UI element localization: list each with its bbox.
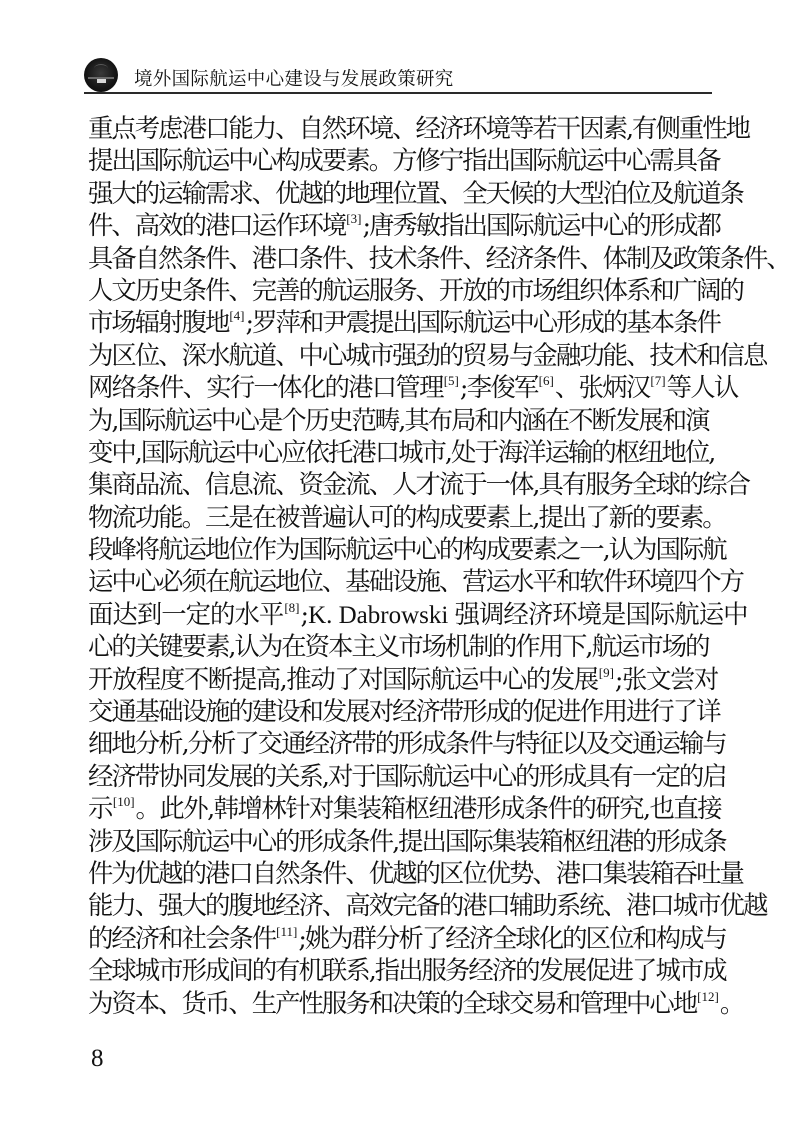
text-segment: ;张文尝对 — [615, 664, 718, 694]
ship-globe-emblem-icon — [84, 58, 118, 92]
text-line: 市场辐射腹地[4];罗萍和尹震提出国际航运中心形成的基本条件 — [88, 306, 712, 338]
text-line: 人文历史条件、完善的航运服务、开放的市场组织体系和广阔的 — [88, 274, 712, 306]
text-line: 心的关键要素,认为在资本主义市场机制的作用下,航运市场的 — [88, 630, 712, 662]
text-segment: 交通基础设施的建设和发展对经济带形成的促进作用进行了详 — [88, 696, 720, 726]
citation-reference: [12] — [697, 989, 719, 1004]
citation-reference: [6] — [539, 373, 554, 388]
text-segment: 强大的运输需求、优越的地理位置、全天候的大型泊位及航道条 — [88, 178, 743, 208]
text-segment: 段峰将航运地位作为国际航运中心的构成要素之一,认为国际航 — [88, 534, 726, 564]
text-segment: 。 — [720, 988, 743, 1018]
text-line: 开放程度不断提高,推动了对国际航运中心的发展[9];张文尝对 — [88, 663, 712, 695]
text-segment: 提出国际航运中心构成要素。方修宁指出国际航运中心需具备 — [88, 145, 720, 175]
text-line: 涉及国际航运中心的形成条件,提出国际集装箱枢纽港的形成条 — [88, 825, 712, 857]
text-segment: 等人认 — [667, 372, 738, 402]
text-line: 能力、强大的腹地经济、高效完备的港口辅助系统、港口城市优越 — [88, 889, 712, 921]
text-line: 面达到一定的水平[8];K. Dabrowski 强调经济环境是国际航运中 — [88, 598, 712, 630]
text-segment: 件为优越的港口自然条件、优越的区位优势、港口集装箱吞吐量 — [88, 858, 743, 888]
citation-reference: [5] — [444, 373, 459, 388]
text-segment: 示 — [88, 793, 112, 823]
text-segment: 全球城市形成间的有机联系,指出服务经济的发展促进了城市成 — [88, 955, 726, 985]
text-segment: ;姚为群分析了经济全球化的区位和构成与 — [298, 923, 726, 953]
citation-reference: [10] — [113, 794, 135, 809]
text-line: 重点考虑港口能力、自然环境、经济环境等若干因素,有侧重性地 — [88, 112, 712, 144]
text-segment: 的经济和社会条件 — [88, 923, 275, 953]
citation-reference: [9] — [599, 665, 614, 680]
text-line: 件、高效的港口运作环境[3];唐秀敏指出国际航运中心的形成都 — [88, 209, 712, 241]
text-segment: 重点考虑港口能力、自然环境、经济环境等若干因素,有侧重性地 — [88, 113, 749, 143]
text-segment: 为资本、货币、生产性服务和决策的全球交易和管理中心地 — [88, 988, 696, 1018]
citation-reference: [8] — [284, 600, 299, 615]
citation-reference: [7] — [650, 373, 665, 388]
text-segment: 为,国际航运中心是个历史范畴,其布局和内涵在不断发展和演 — [88, 405, 709, 435]
text-segment: ; — [300, 599, 308, 629]
text-line: 集商品流、信息流、资金流、人才流于一体,具有服务全球的综合 — [88, 468, 712, 500]
book-page: 境外国际航运中心建设与发展政策研究 重点考虑港口能力、自然环境、经济环境等若干因… — [0, 0, 790, 1127]
body-paragraph: 重点考虑港口能力、自然环境、经济环境等若干因素,有侧重性地提出国际航运中心构成要… — [88, 112, 712, 1019]
text-segment: 开放程度不断提高,推动了对国际航运中心的发展 — [88, 664, 598, 694]
text-segment: 变中,国际航运中心应依托港口城市,处于海洋运输的枢纽地位, — [88, 437, 714, 467]
text-line: 变中,国际航运中心应依托港口城市,处于海洋运输的枢纽地位, — [88, 436, 712, 468]
citation-reference: [3] — [346, 211, 361, 226]
text-segment: 为区位、深水航道、中心城市强劲的贸易与金融功能、技术和信息 — [88, 340, 766, 370]
text-segment: 强调经济环境是国际航运中 — [455, 599, 748, 629]
text-line: 强大的运输需求、优越的地理位置、全天候的大型泊位及航道条 — [88, 177, 712, 209]
page-number: 8 — [91, 1045, 104, 1073]
citation-reference: [4] — [229, 308, 244, 323]
text-segment: 经济带协同发展的关系,对于国际航运中心的形成具有一定的启 — [88, 761, 726, 791]
text-segment: 面达到一定的水平 — [88, 599, 283, 629]
header-rule-divider — [84, 92, 712, 94]
text-segment: 细地分析,分析了交通经济带的形成条件与特征以及交通运输与 — [88, 728, 726, 758]
running-header: 境外国际航运中心建设与发展政策研究 — [84, 56, 712, 94]
text-line: 的经济和社会条件[11];姚为群分析了经济全球化的区位和构成与 — [88, 922, 712, 954]
text-segment: 能力、强大的腹地经济、高效完备的港口辅助系统、港口城市优越 — [88, 890, 766, 920]
text-segment: 运中心必须在航运地位、基础设施、营运水平和软件环境四个方 — [88, 566, 743, 596]
text-segment: 件、高效的港口运作环境 — [88, 210, 345, 240]
text-segment: ;罗萍和尹震提出国际航运中心形成的基本条件 — [246, 307, 720, 337]
text-line: 交通基础设施的建设和发展对经济带形成的促进作用进行了详 — [88, 695, 712, 727]
text-segment: 人文历史条件、完善的航运服务、开放的市场组织体系和广阔的 — [88, 275, 743, 305]
text-line: 提出国际航运中心构成要素。方修宁指出国际航运中心需具备 — [88, 144, 712, 176]
citation-reference: [11] — [276, 924, 297, 939]
text-segment: ;李俊军 — [460, 372, 538, 402]
text-line: 细地分析,分析了交通经济带的形成条件与特征以及交通运输与 — [88, 727, 712, 759]
text-line: 示[10]。此外,韩增林针对集装箱枢纽港形成条件的研究,也直接 — [88, 792, 712, 824]
text-segment: 物流功能。三是在被普遍认可的构成要素上,提出了新的要素。 — [88, 502, 726, 532]
text-line: 为资本、货币、生产性服务和决策的全球交易和管理中心地[12]。 — [88, 987, 712, 1019]
text-line: 全球城市形成间的有机联系,指出服务经济的发展促进了城市成 — [88, 954, 712, 986]
text-segment: ;唐秀敏指出国际航运中心的形成都 — [362, 210, 719, 240]
text-line: 运中心必须在航运地位、基础设施、营运水平和软件环境四个方 — [88, 565, 712, 597]
text-line: 段峰将航运地位作为国际航运中心的构成要素之一,认为国际航 — [88, 533, 712, 565]
text-line: 具备自然条件、港口条件、技术条件、经济条件、体制及政策条件、 — [88, 242, 712, 274]
text-line: 网络条件、实行一体化的港口管理[5];李俊军[6]、张炳汉[7]等人认 — [88, 371, 712, 403]
text-line: 经济带协同发展的关系,对于国际航运中心的形成具有一定的启 — [88, 760, 712, 792]
text-line: 为,国际航运中心是个历史范畴,其布局和内涵在不断发展和演 — [88, 404, 712, 436]
book-title: 境外国际航运中心建设与发展政策研究 — [134, 65, 454, 91]
text-line: 件为优越的港口自然条件、优越的区位优势、港口集装箱吞吐量 — [88, 857, 712, 889]
text-line: 物流功能。三是在被普遍认可的构成要素上,提出了新的要素。 — [88, 501, 712, 533]
text-segment: 市场辐射腹地 — [88, 307, 228, 337]
text-segment: 具备自然条件、港口条件、技术条件、经济条件、体制及政策条件、 — [88, 243, 790, 273]
text-line: 为区位、深水航道、中心城市强劲的贸易与金融功能、技术和信息 — [88, 339, 712, 371]
text-segment: 。此外,韩增林针对集装箱枢纽港形成条件的研究,也直接 — [136, 793, 722, 823]
text-segment: 集商品流、信息流、资金流、人才流于一体,具有服务全球的综合 — [88, 469, 749, 499]
author-name: K. Dabrowski — [308, 602, 455, 629]
text-segment: 心的关键要素,认为在资本主义市场机制的作用下,航运市场的 — [88, 631, 709, 661]
text-segment: 涉及国际航运中心的形成条件,提出国际集装箱枢纽港的形成条 — [88, 826, 726, 856]
text-segment: 网络条件、实行一体化的港口管理 — [88, 372, 443, 402]
text-segment: 、张炳汉 — [555, 372, 650, 402]
